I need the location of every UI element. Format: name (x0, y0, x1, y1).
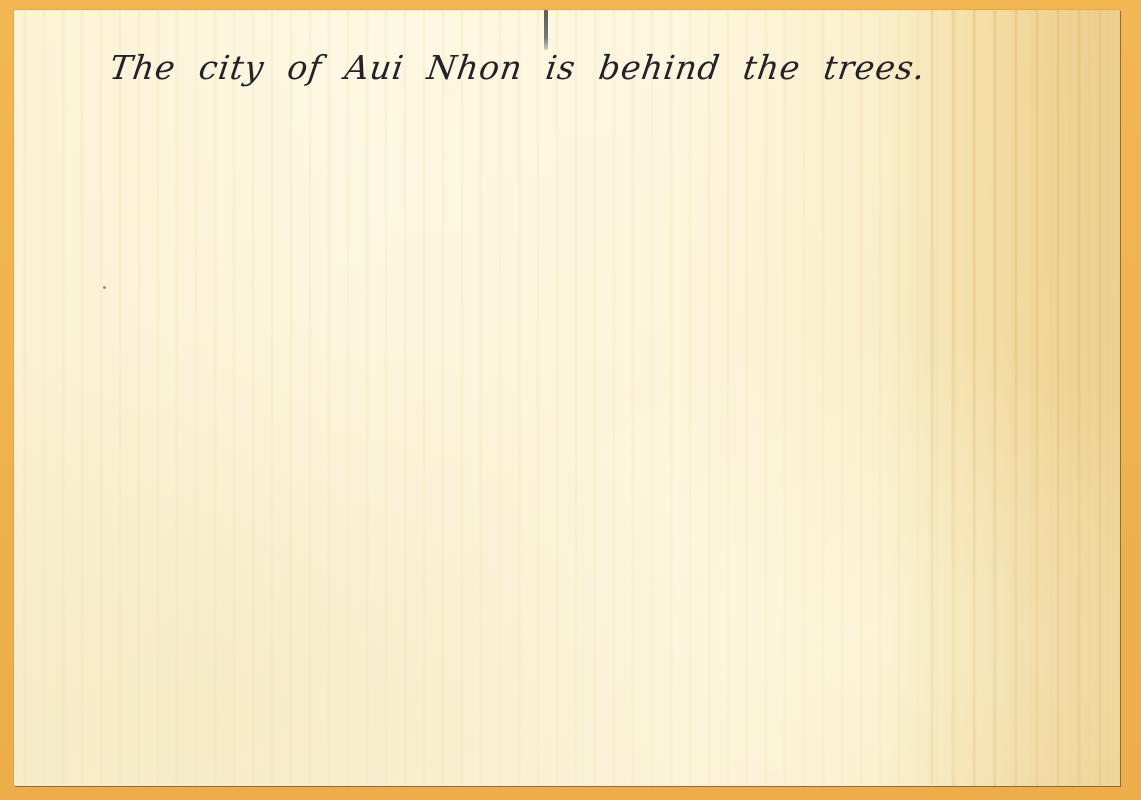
handwritten-caption: The city of Aui Nhon is behind the trees… (107, 48, 928, 87)
faint-bleed-through (844, 300, 884, 480)
paper-texture-stripes (920, 10, 1120, 786)
photo-back-card: The city of Aui Nhon is behind the trees… (14, 10, 1120, 786)
pencil-mark (544, 10, 548, 50)
paper-speck (103, 286, 106, 289)
